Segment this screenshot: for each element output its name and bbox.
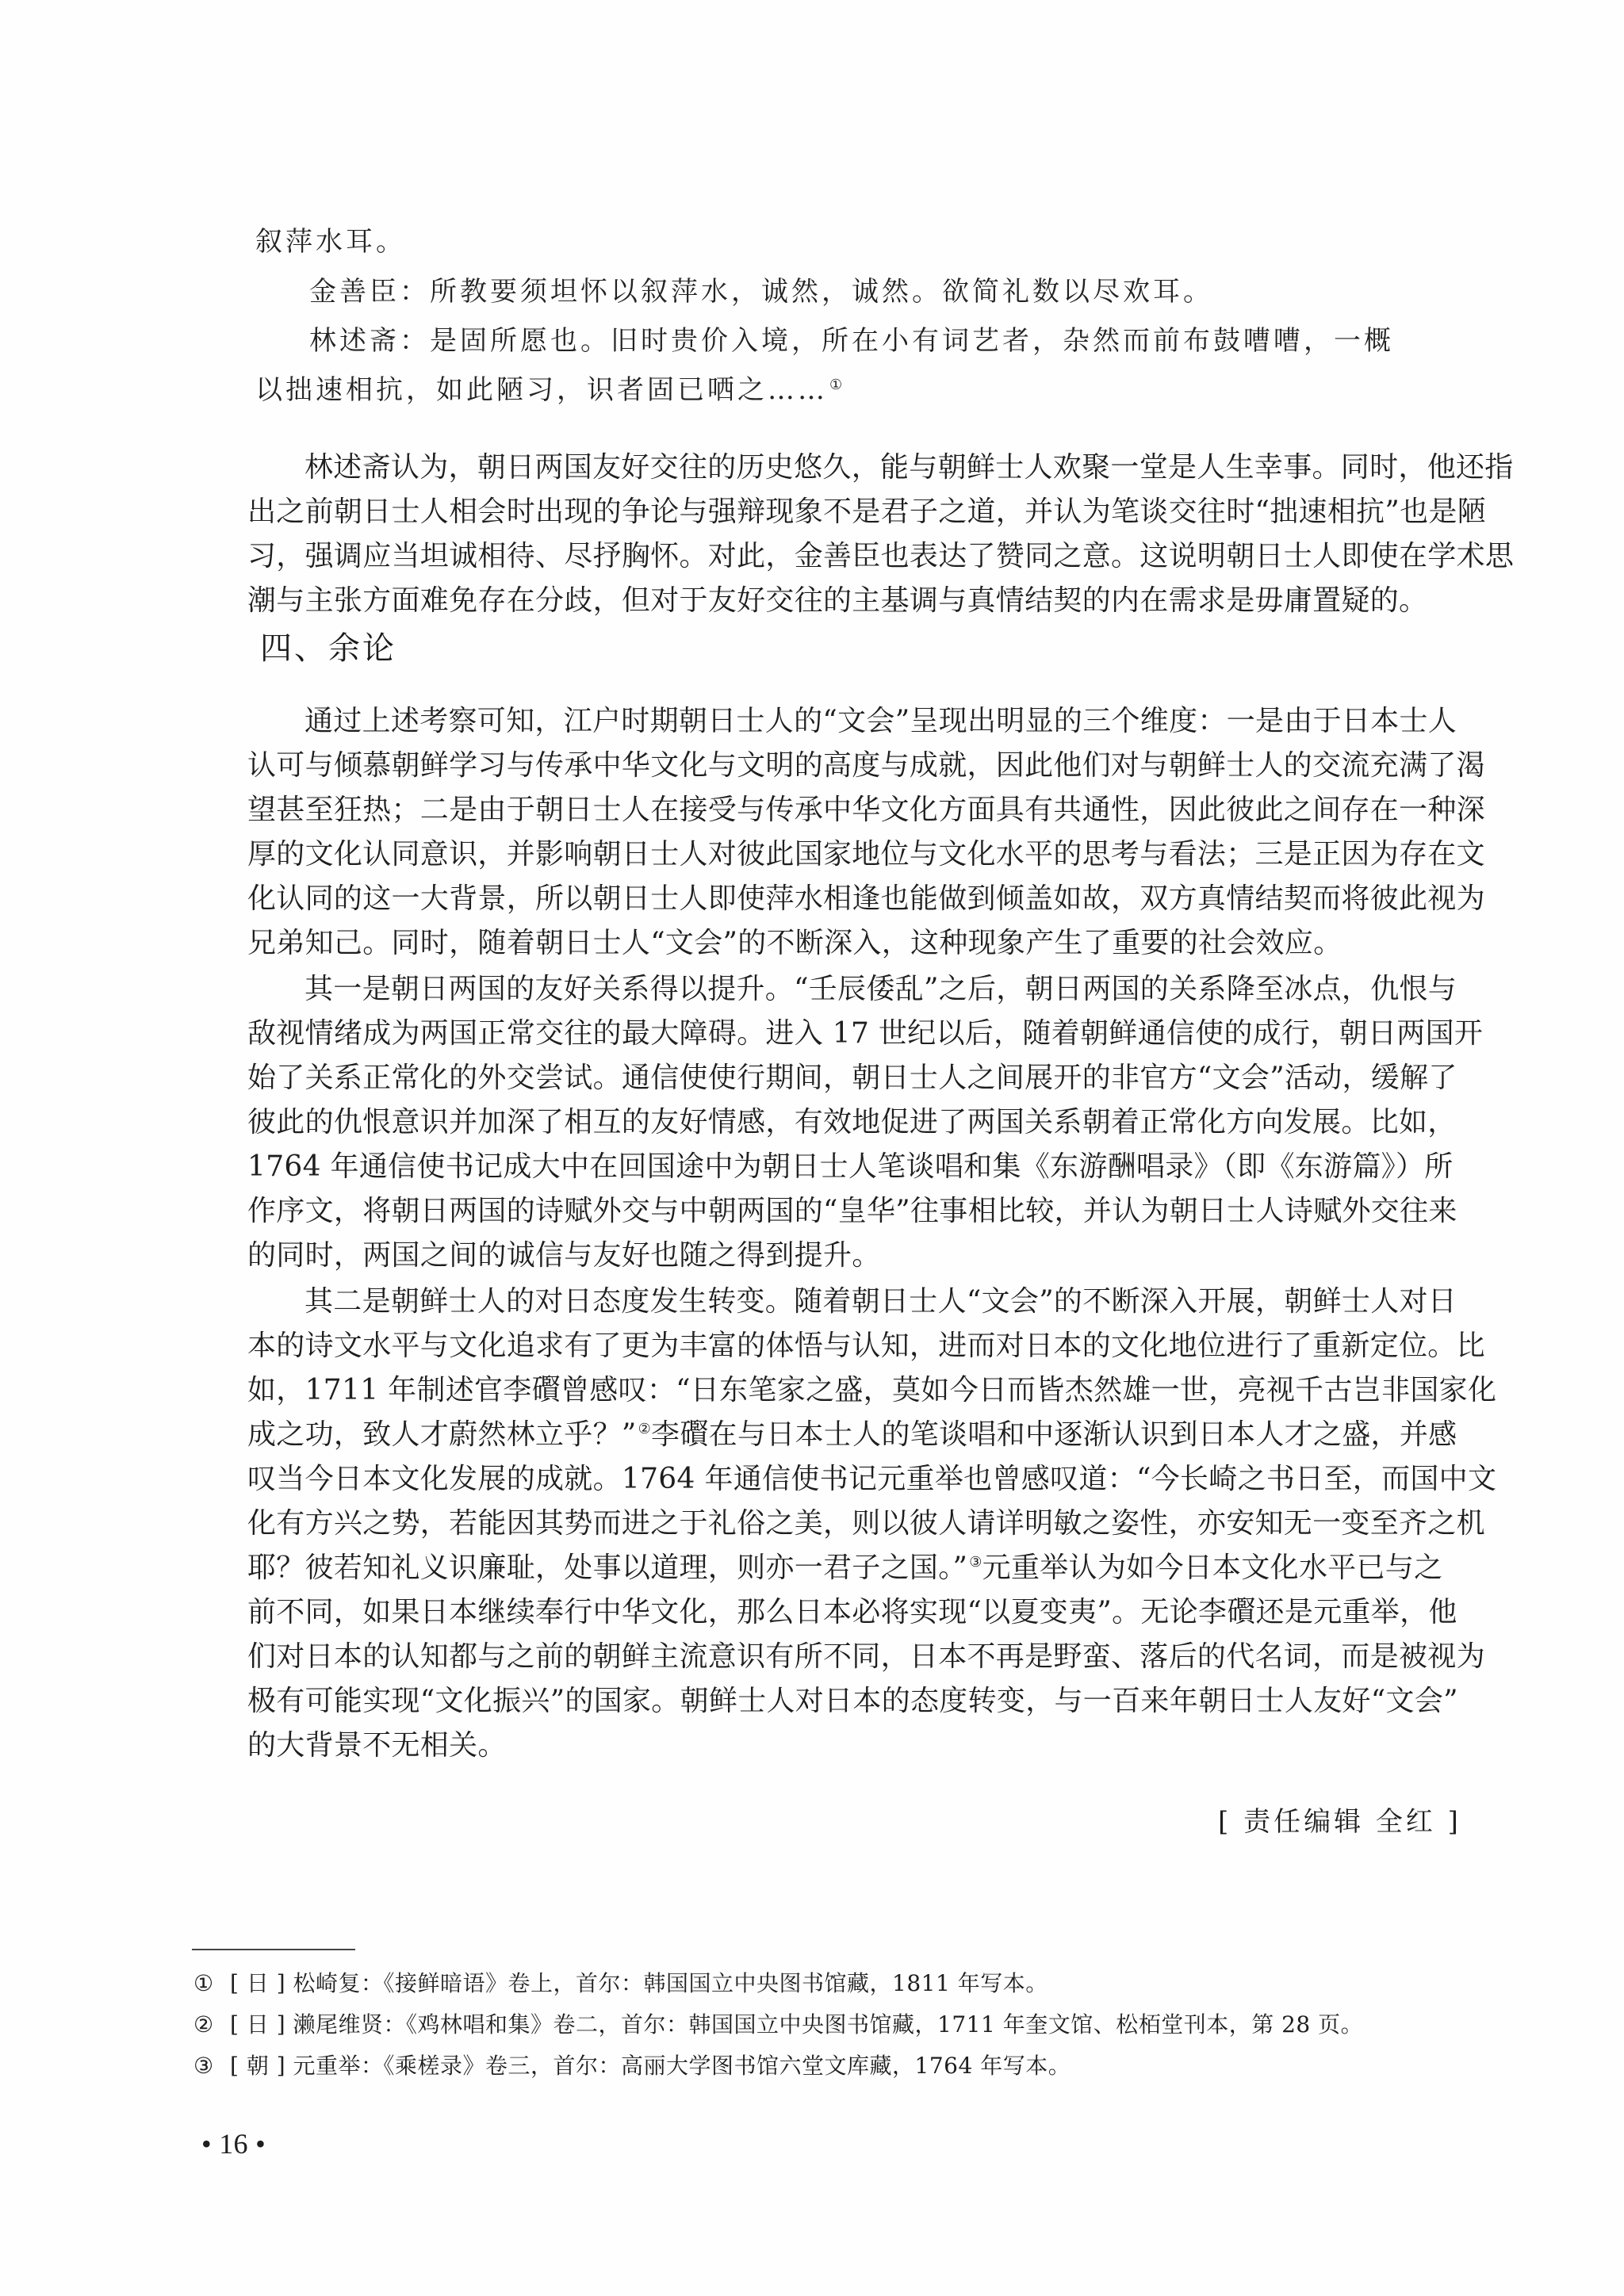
footnote-item: ②[ 日 ] 濑尾维贤：《鸡林唱和集》卷二，首尔：韩国国立中央图书馆藏，1711…: [193, 2011, 1363, 2039]
quote-text: 成之功，致人才蔚然林立乎？”: [247, 1418, 637, 1451]
paragraph-line-tail: 李礥在与日本士人的笔谈唱和中逐渐认识到日本人才之盛，并感: [651, 1418, 1457, 1452]
footnote-marker: ②: [193, 2011, 230, 2039]
footnote-ref-3[interactable]: ③: [969, 1554, 982, 1571]
paragraph-line: 成之功，致人才蔚然林立乎？”② 李礥在与日本士人的笔谈唱和中逐渐认识到日本人才之…: [247, 1418, 1429, 1452]
paragraph-line: 耶？彼若知礼义识廉耻，处事以道理，则亦一君子之国。”③ 元重举认为如今日本文化水…: [247, 1551, 1429, 1586]
editor-note: [ 责任编辑 全红 ]: [1218, 1804, 1461, 1839]
paragraph-line: 本的诗文水平与文化追求有了更为丰富的体悟与认知，进而对日本的文化地位进行了重新定…: [247, 1329, 1429, 1364]
quote-line: 以拙速相抗，如此陋习，识者固已哂之……①: [255, 373, 845, 408]
paragraph-line: 厚的文化认同意识，并影响朝日士人对彼此国家地位与文化水平的思考与看法；三是正因为…: [247, 837, 1429, 872]
paragraph-line: 其二是朝鲜士人的对日态度发生转变。随着朝日士人“文会”的不断深入开展，朝鲜士人对…: [304, 1284, 1429, 1319]
paragraph-line: 望甚至狂热；二是由于朝日士人在接受与传承中华文化方面具有共通性，因此彼此之间存在…: [247, 793, 1429, 828]
paragraph-line: 叹当今日本文化发展的成就。1764 年通信使书记元重举也曾感叹道：“今长崎之书日…: [247, 1462, 1429, 1497]
paragraph-line: 出之前朝日士人相会时出现的争论与强辩现象不是君子之道，并认为笔谈交往时“拙速相抗…: [247, 495, 1429, 530]
paragraph-line: 的同时，两国之间的诚信与友好也随之得到提升。: [247, 1238, 1429, 1273]
footnote-ref-2[interactable]: ②: [638, 1421, 651, 1437]
paragraph-line-head: 成之功，致人才蔚然林立乎？”②: [247, 1418, 651, 1452]
section-heading: 四、余论: [260, 631, 396, 666]
paragraph-line: 前不同，如果日本继续奉行中华文化，那么日本必将实现“以夏变夷”。无论李礥还是元重…: [247, 1595, 1429, 1630]
paragraph-line: 的大背景不无相关。: [247, 1728, 1429, 1763]
paragraph-line: 敌视情绪成为两国正常交往的最大障碍。进入 17 世纪以后，随着朝鲜通信使的成行，…: [247, 1016, 1429, 1051]
paragraph-line: 如，1711 年制述官李礥曾感叹：“日东笔家之盛，莫如今日而皆杰然雄一世，亮视千…: [247, 1373, 1429, 1408]
paragraph-line: 们对日本的认知都与之前的朝鲜主流意识有所不同，日本不再是野蛮、落后的代名词，而是…: [247, 1640, 1429, 1674]
footnote-text: [ 朝 ] 元重举：《乘槎录》卷三，首尔：高丽大学图书馆六堂文库藏，1764 年…: [230, 2053, 1071, 2079]
paragraph-line: 化认同的这一大背景，所以朝日士人即使萍水相逢也能做到倾盖如故，双方真情结契而将彼…: [247, 882, 1429, 916]
journal-page: 叙萍水耳。 金善臣：所教要须坦怀以叙萍水，诚然，诚然。欲简礼数以尽欢耳。 林述斋…: [0, 0, 1624, 2296]
paragraph-line-head: 耶？彼若知礼义识廉耻，处事以道理，则亦一君子之国。”③: [247, 1551, 982, 1586]
quote-text: 耶？彼若知礼义识廉耻，处事以道理，则亦一君子之国。”: [247, 1552, 967, 1584]
paragraph-line: 极有可能实现“文化振兴”的国家。朝鲜士人对日本的态度转变，与一百来年朝日士人友好…: [247, 1684, 1429, 1719]
paragraph-line: 认可与倾慕朝鲜学习与传承中华文化与文明的高度与成就，因此他们对与朝鲜士人的交流充…: [247, 748, 1429, 783]
page-number: • 16 •: [201, 2126, 266, 2161]
footnote-marker: ①: [193, 1969, 230, 1998]
footnote-item: ①[ 日 ] 松崎复：《接鲜暗语》卷上，首尔：韩国国立中央图书馆藏，1811 年…: [193, 1969, 1048, 1998]
paragraph-line: 林述斋认为，朝日两国友好交往的历史悠久，能与朝鲜士人欢聚一堂是人生幸事。同时，他…: [304, 450, 1429, 485]
paragraph-line: 1764 年通信使书记成大中在回国途中为朝日士人笔谈唱和集《东游酬唱录》（即《东…: [247, 1150, 1429, 1184]
quote-line-text: 以拙速相抗，如此陋习，识者固已哂之……: [255, 374, 828, 406]
footnote-ref-1[interactable]: ①: [829, 377, 845, 393]
footnote-marker: ③: [193, 2052, 230, 2080]
paragraph-line: 通过上述考察可知，江户时期朝日士人的“文会”呈现出明显的三个维度：一是由于日本士…: [304, 704, 1429, 739]
paragraph-line-tail: 元重举认为如今日本文化水平已与之: [982, 1551, 1443, 1586]
paragraph-line: 化有方兴之势，若能因其势而进之于礼俗之美，则以彼人请详明敏之姿性，亦安知无一变至…: [247, 1506, 1429, 1541]
paragraph-line: 其一是朝日两国的友好关系得以提升。“壬辰倭乱”之后，朝日两国的关系降至冰点，仇恨…: [304, 972, 1429, 1007]
paragraph-line: 作序文，将朝日两国的诗赋外交与中朝两国的“皇华”往事相比较，并认为朝日士人诗赋外…: [247, 1194, 1429, 1229]
paragraph-line: 彼此的仇恨意识并加深了相互的友好情感，有效地促进了两国关系朝着正常化方向发展。比…: [247, 1105, 1429, 1140]
paragraph-line: 习，强调应当坦诚相待、尽抒胸怀。对此，金善臣也表达了赞同之意。这说明朝日士人即使…: [247, 539, 1429, 574]
footnote-text: [ 日 ] 松崎复：《接鲜暗语》卷上，首尔：韩国国立中央图书馆藏，1811 年写…: [230, 1970, 1048, 1996]
quote-line: 叙萍水耳。: [255, 224, 406, 259]
paragraph-line: 潮与主张方面难免存在分歧，但对于友好交往的主基调与真情结契的内在需求是毋庸置疑的…: [247, 584, 1429, 618]
paragraph-line: 始了关系正常化的外交尝试。通信使使行期间，朝日士人之间展开的非官方“文会”活动，…: [247, 1061, 1429, 1096]
quote-line: 金善臣：所教要须坦怀以叙萍水，诚然，诚然。欲简礼数以尽欢耳。: [309, 274, 1213, 309]
paragraph-line: 兄弟知己。同时，随着朝日士人“文会”的不断深入，这种现象产生了重要的社会效应。: [247, 926, 1429, 961]
footnote-divider: [192, 1949, 355, 1950]
quote-line: 林述斋：是固所愿也。旧时贵价入境，所在小有词艺者，杂然而前布鼓嘈嘈，一概: [309, 323, 1394, 358]
footnote-item: ③[ 朝 ] 元重举：《乘槎录》卷三，首尔：高丽大学图书馆六堂文库藏，1764 …: [193, 2052, 1071, 2080]
footnote-text: [ 日 ] 濑尾维贤：《鸡林唱和集》卷二，首尔：韩国国立中央图书馆藏，1711 …: [230, 2011, 1363, 2038]
